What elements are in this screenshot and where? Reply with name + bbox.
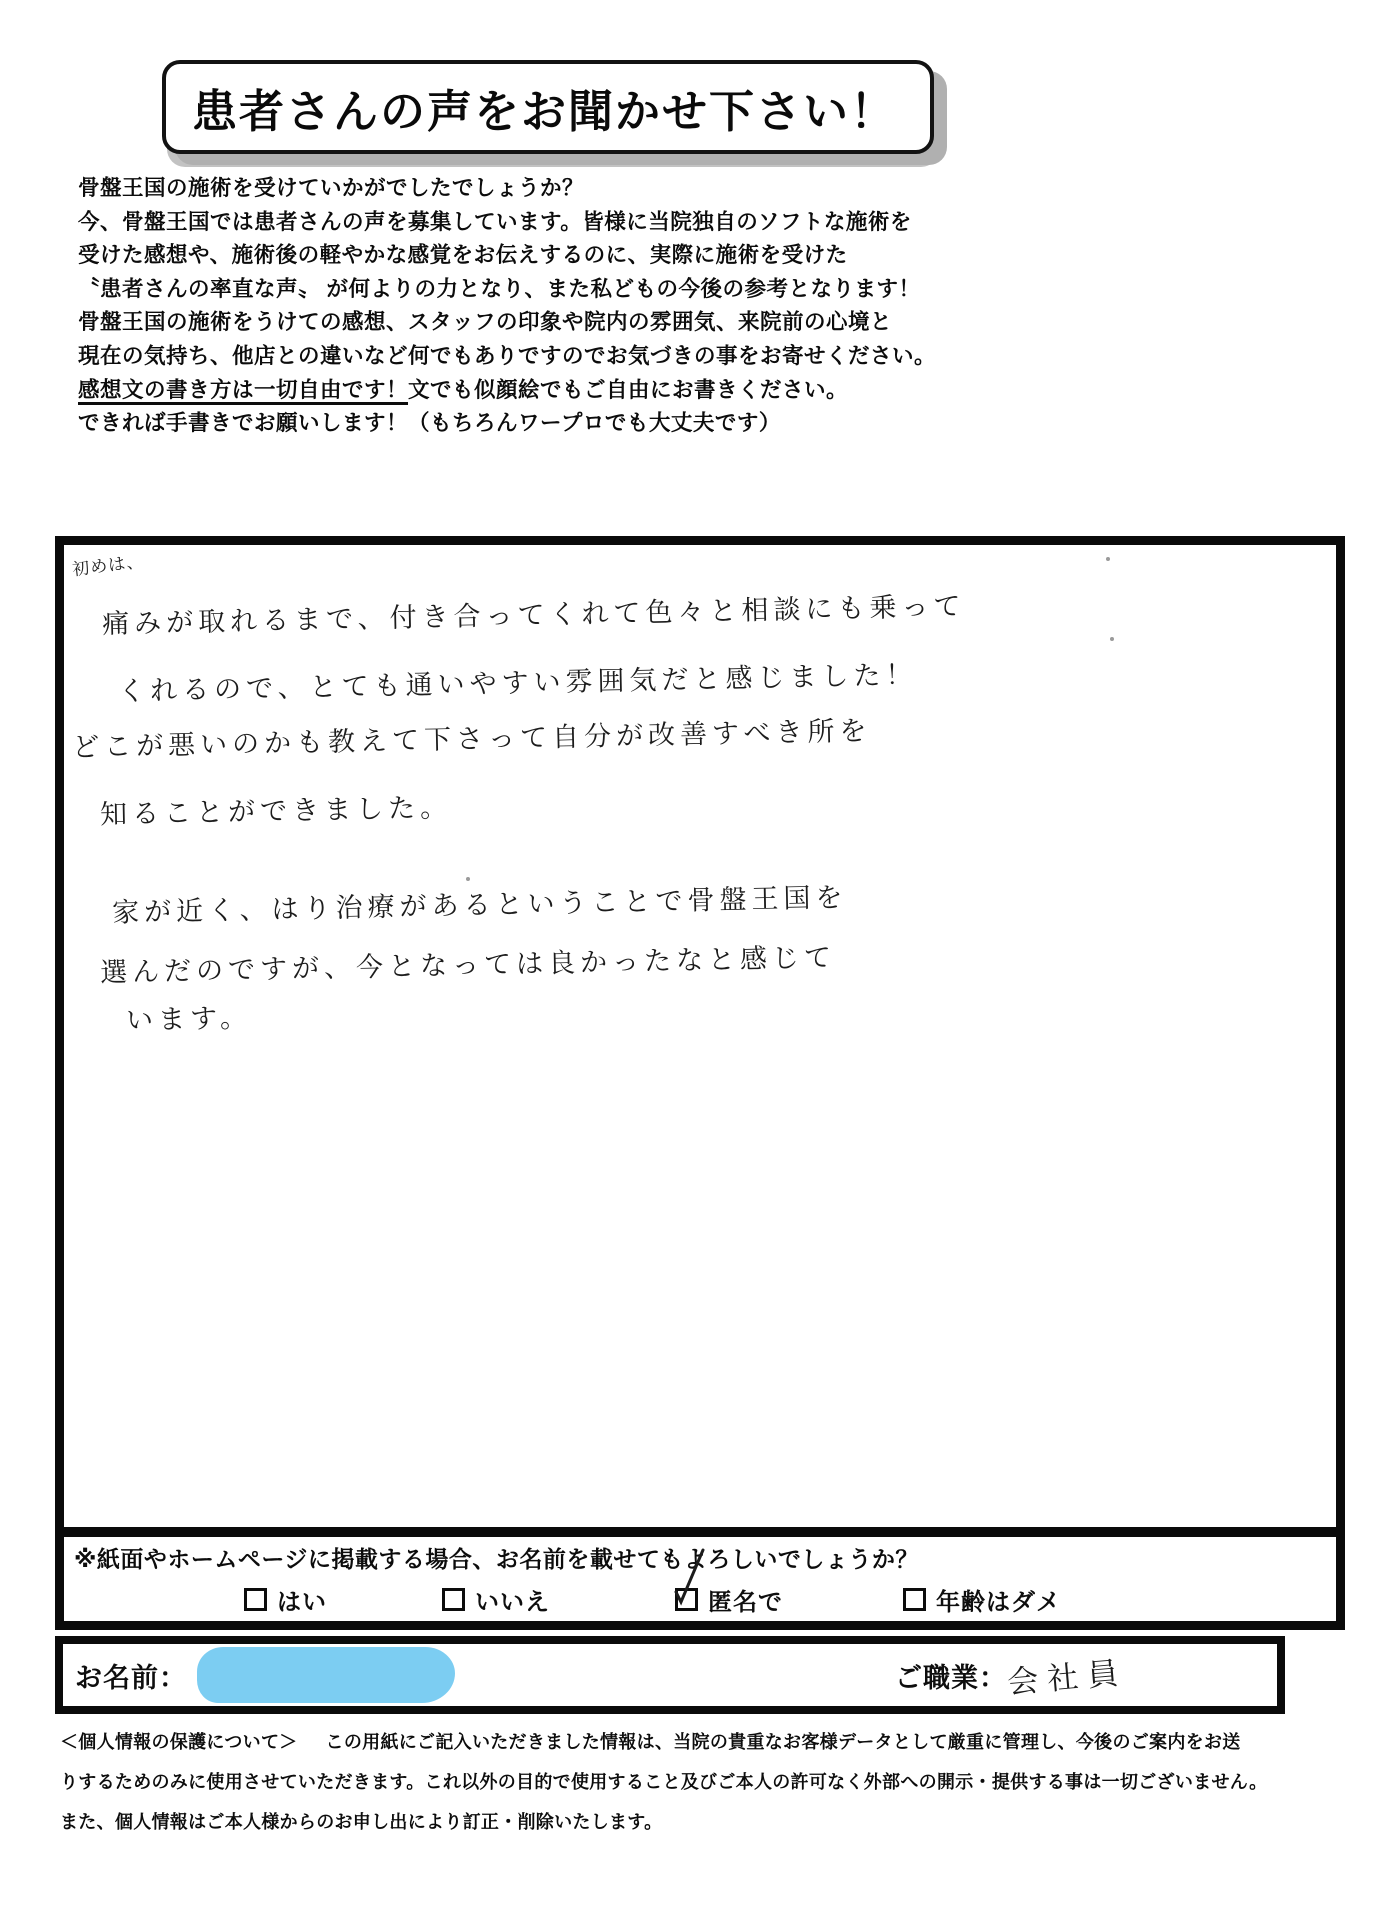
intro-line: 今、骨盤王国では患者さんの声を募集しています。皆様に当院独自のソフトな施術を	[78, 206, 1038, 240]
scan-speck	[466, 877, 470, 881]
intro-line: 骨盤王国の施術をうけての感想、スタッフの印象や院内の雰囲気、来院前の心境と	[78, 306, 1038, 340]
intro-line-freeform: 感想文の書き方は一切自由です！文でも似顔絵でもご自由にお書きください。	[78, 374, 1038, 408]
handwritten-line: 家が近く、はり治療があるということで骨盤王国を	[112, 875, 848, 929]
publish-consent-section: ※紙面やホームページに掲載する場合、お名前を載せてもよろしいでしょうか？ はい …	[64, 1527, 1336, 1621]
scan-speck	[1106, 557, 1110, 561]
scan-speck	[1110, 637, 1114, 641]
title-banner: 患者さんの声をお聞かせ下さい！	[162, 60, 934, 154]
consent-options: はい いいえ 匿名で 年齢はダメ	[74, 1582, 1336, 1617]
privacy-line: また、個人情報はご本人様からのお申し出により訂正・削除いたします。	[60, 1802, 1370, 1842]
underlined-phrase: 感想文の書き方は一切自由です！	[78, 378, 408, 402]
checkbox-no[interactable]	[442, 1588, 465, 1611]
option-label: 年齢はダメ	[936, 1582, 1061, 1617]
option-label: いいえ	[475, 1582, 550, 1617]
intro-line: 受けた感想や、施術後の軽やかな感覚をお伝えするのに、実際に施術を受けた	[78, 239, 1038, 273]
privacy-notice: ＜個人情報の保護について＞この用紙にご記入いただきました情報は、当院の貴重なお客…	[60, 1722, 1370, 1842]
privacy-text: この用紙にご記入いただきました情報は、当院の貴重なお客様データとして厳重に管理し…	[326, 1732, 1241, 1752]
consent-question: ※紙面やホームページに掲載する場合、お名前を載せてもよろしいでしょうか？	[74, 1541, 1336, 1574]
intro-line: 骨盤王国の施術を受けていかがでしたでしょうか？	[78, 172, 1038, 206]
identity-section: お名前： ご職業： 会社員	[55, 1636, 1285, 1714]
privacy-line: りするためのみに使用させていただきます。これ以外の目的で使用すること及びご本人の…	[60, 1762, 1370, 1802]
option-label: 匿名で	[708, 1582, 783, 1617]
handwritten-line: 痛みが取れるまで、付き合ってくれて色々と相談にも乗って	[102, 584, 966, 641]
option-anonymous[interactable]: 匿名で	[675, 1582, 783, 1617]
privacy-heading: ＜個人情報の保護について＞	[60, 1732, 298, 1752]
freeform-rest: 文でも似顔絵でもご自由にお書きください。	[408, 378, 848, 402]
handwritten-line: います。	[126, 996, 253, 1038]
handwritten-line: 選んだのですが、今となっては良かったなと感じて	[100, 935, 837, 989]
handwritten-line: 知ることができました。	[100, 785, 453, 831]
page-title: 患者さんの声をお聞かせ下さい！	[192, 75, 897, 140]
handwritten-line: くれるので、とても通いやすい雰囲気だと感じました！	[118, 653, 918, 709]
option-yes[interactable]: はい	[244, 1582, 327, 1617]
patient-feedback-form-scan: { "title": "患者さんの声をお聞かせ下さい！", "intro": {…	[0, 0, 1396, 1920]
checkbox-yes[interactable]	[244, 1588, 267, 1611]
intro-line-handwriting-request: できれば手書きでお願いします！（もちろんワープロでも大丈夫です）	[78, 407, 1038, 441]
name-redaction-blob	[197, 1647, 455, 1703]
intro-line: 現在の気持ち、他店との違いなど何でもありですのでお気づきの事をお寄せください。	[78, 340, 1038, 374]
option-label: はい	[277, 1582, 327, 1617]
intro-line: 〝患者さんの率直な声〟 が何よりの力となり、また私どもの今後の参考となります！	[78, 273, 1038, 307]
checkbox-anonymous-checked[interactable]	[675, 1588, 698, 1611]
occupation-label: ご職業：	[895, 1656, 1007, 1695]
privacy-line: ＜個人情報の保護について＞この用紙にご記入いただきました情報は、当院の貴重なお客…	[60, 1722, 1370, 1762]
handwritten-feedback-area: 初めは、 痛みが取れるまで、付き合ってくれて色々と相談にも乗って くれるので、と…	[64, 545, 1336, 1527]
option-no[interactable]: いいえ	[442, 1582, 550, 1617]
occupation-handwritten-value: 会社員	[1005, 1647, 1128, 1702]
checkbox-no-age[interactable]	[903, 1588, 926, 1611]
name-label: お名前：	[75, 1656, 187, 1695]
handwritten-annotation: 初めは、	[71, 547, 146, 581]
handwritten-line: どこが悪いのかも教えて下さって自分が改善すべき所を	[72, 709, 872, 765]
feedback-box: 初めは、 痛みが取れるまで、付き合ってくれて色々と相談にも乗って くれるので、と…	[55, 536, 1345, 1630]
option-no-age[interactable]: 年齢はダメ	[903, 1582, 1061, 1617]
intro-text: 骨盤王国の施術を受けていかがでしたでしょうか？ 今、骨盤王国では患者さんの声を募…	[78, 172, 1038, 441]
